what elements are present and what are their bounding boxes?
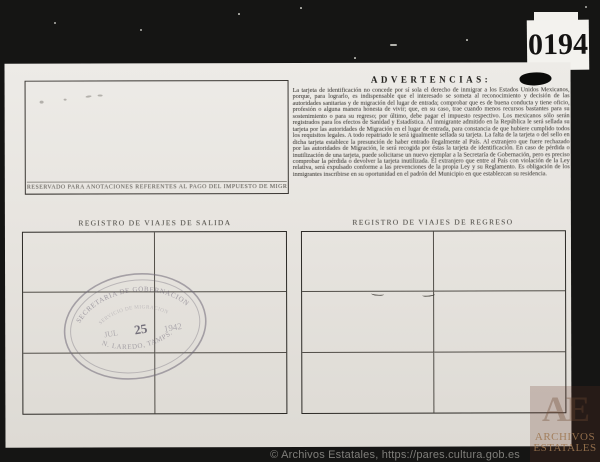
table-cell bbox=[302, 292, 434, 353]
scanned-photo-background: 0194 RESERVADO PARA ANOTACIONES REFERENT… bbox=[0, 0, 600, 462]
pencil-marks bbox=[64, 99, 67, 101]
dust-speck bbox=[140, 29, 142, 31]
ink-blot bbox=[519, 71, 552, 86]
stamp-date-month: JUL bbox=[104, 328, 119, 339]
salida-table-title: REGISTRO DE VIAJES DE SALIDA bbox=[23, 218, 287, 228]
dust-speck bbox=[354, 57, 356, 59]
copyright-watermark: © Archivos Estatales, https://pares.cult… bbox=[270, 449, 520, 461]
dust-speck bbox=[54, 22, 56, 24]
stamp-date-year: 1942 bbox=[163, 321, 182, 334]
pencil-marks bbox=[85, 95, 91, 98]
table-cell bbox=[302, 232, 434, 293]
pencil-marks bbox=[40, 101, 44, 104]
archivos-estatales-label: ARCHIVOS ESTATALES bbox=[530, 432, 600, 454]
archive-number-label: 0194 bbox=[528, 28, 588, 63]
identification-card: RESERVADO PARA ANOTACIONES REFERENTES AL… bbox=[4, 62, 571, 447]
dust-speck bbox=[466, 39, 468, 41]
dust-speck bbox=[390, 44, 397, 46]
dust-speck bbox=[300, 7, 302, 9]
advertencias-title: ADVERTENCIAS: bbox=[371, 74, 491, 84]
archivos-estatales-label-line2: ESTATALES bbox=[530, 443, 600, 454]
regreso-table-title: REGISTRO DE VIAJES DE REGRESO bbox=[301, 217, 565, 227]
table-cell bbox=[433, 231, 565, 292]
reserved-box-caption: RESERVADO PARA ANOTACIONES REFERENTES AL… bbox=[27, 181, 287, 193]
table-cell bbox=[302, 352, 434, 413]
advertencias-header: ADVERTENCIAS: bbox=[293, 73, 570, 85]
dust-speck bbox=[585, 6, 587, 8]
reserved-annotations-box: RESERVADO PARA ANOTACIONES REFERENTES AL… bbox=[25, 80, 289, 195]
regreso-table bbox=[301, 230, 566, 414]
archivos-estatales-watermark: AE ARCHIVOS ESTATALES bbox=[530, 386, 600, 462]
advertencias-body-text: La tarjeta de identificación no concede … bbox=[293, 87, 570, 178]
archivos-estatales-monogram: AE bbox=[530, 388, 600, 430]
stamp-arc-top-text: SECRETARIA DE GOBERNACION bbox=[71, 277, 192, 325]
svg-text:SECRETARIA DE GOBERNACION: SECRETARIA DE GOBERNACION bbox=[71, 277, 192, 325]
advertencias-section: ADVERTENCIAS: La tarjeta de identificaci… bbox=[293, 73, 570, 178]
dust-speck bbox=[238, 13, 240, 15]
stamp-date-day: 25 bbox=[133, 321, 149, 338]
pencil-marks bbox=[98, 94, 103, 96]
migration-oval-stamp: SECRETARIA DE GOBERNACION SERVICIO DE MI… bbox=[52, 259, 218, 393]
table-cell bbox=[434, 292, 566, 353]
